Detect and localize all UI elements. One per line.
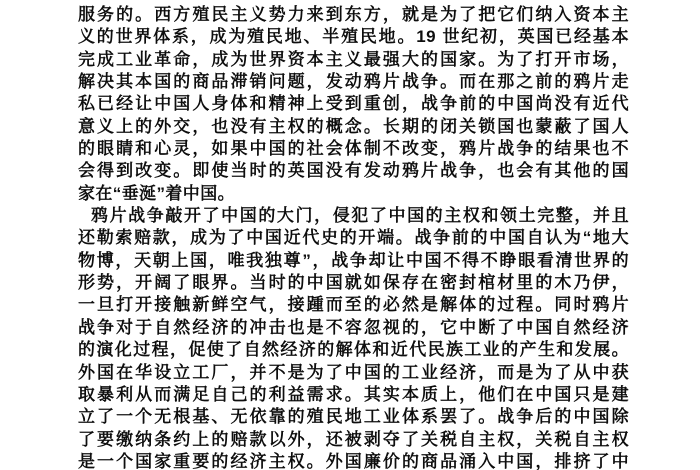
text-line-paragraph-start: 鸦片战争敲开了中国的大门，侵犯了中国的主权和领土完整，并且	[78, 205, 629, 227]
text-line: 完成工业革命，成为世界资本主义最强大的国家。为了打开市场，	[78, 49, 629, 71]
essay-text-block: 服务的。西方殖民主义势力来到东方，就是为了把它们纳入资本主 义的世界体系，成为殖…	[78, 4, 629, 470]
text-line: 取暴利从而满足自己的利益需求。其实本质上，他们在中国只是建	[78, 384, 629, 406]
text-line: 外国在华设立工厂，并不是为了中国的工业经济，而是为了从中获	[78, 362, 629, 384]
text-line: 私已经让中国人身体和精神上受到重创，战争前的中国尚没有近代	[78, 93, 629, 115]
text-line: 意义上的外交，也没有主权的概念。长期的闭关锁国也蒙蔽了国人	[78, 116, 629, 138]
text-line: 服务的。西方殖民主义势力来到东方，就是为了把它们纳入资本主	[78, 4, 629, 26]
text-line: 还勒索赔款，成为了中国近代史的开端。战争前的中国自认为“地大	[78, 227, 629, 249]
text-line: 物博，天朝上国，唯我独尊”，战争却让中国不得不睁眼看清世界的	[78, 250, 629, 272]
text-line-clipped: 是一个国家重要的经济主权。外国廉价的商品涌入中国，排挤了中	[78, 451, 629, 470]
text-line-paragraph-end: 家在“垂涎”着中国。	[78, 183, 629, 205]
text-line: 立了一个无根基、无依靠的殖民地工业体系罢了。战争后的中国除	[78, 406, 629, 428]
text-line: 形势，开阔了眼界。当时的中国就如保存在密封棺材里的木乃伊，	[78, 272, 629, 294]
text-line: 的眼睛和心灵，如果中国的社会体制不改变，鸦片战争的结果也不	[78, 138, 629, 160]
text-line: 义的世界体系，成为殖民地、半殖民地。19 世纪初，英国已经基本	[78, 26, 629, 48]
text-line: 的演化过程，促使了自然经济的解体和近代民族工业的产生和发展。	[78, 339, 629, 361]
text-line: 一旦打开接触新鲜空气，接踵而至的必然是解体的过程。同时鸦片	[78, 294, 629, 316]
text-line: 会得到改变。即使当时的英国没有发动鸦片战争，也会有其他的国	[78, 160, 629, 182]
text-line: 了要缴纳条约上的赔款以外，还被剥夺了关税自主权，关税自主权	[78, 429, 629, 451]
text-line: 战争对于自然经济的冲击也是不容忽视的，它中断了中国自然经济	[78, 317, 629, 339]
document-page: 服务的。西方殖民主义势力来到东方，就是为了把它们纳入资本主 义的世界体系，成为殖…	[0, 0, 700, 470]
text-line: 解决其本国的商品滞销问题，发动鸦片战争。而在那之前的鸦片走	[78, 71, 629, 93]
